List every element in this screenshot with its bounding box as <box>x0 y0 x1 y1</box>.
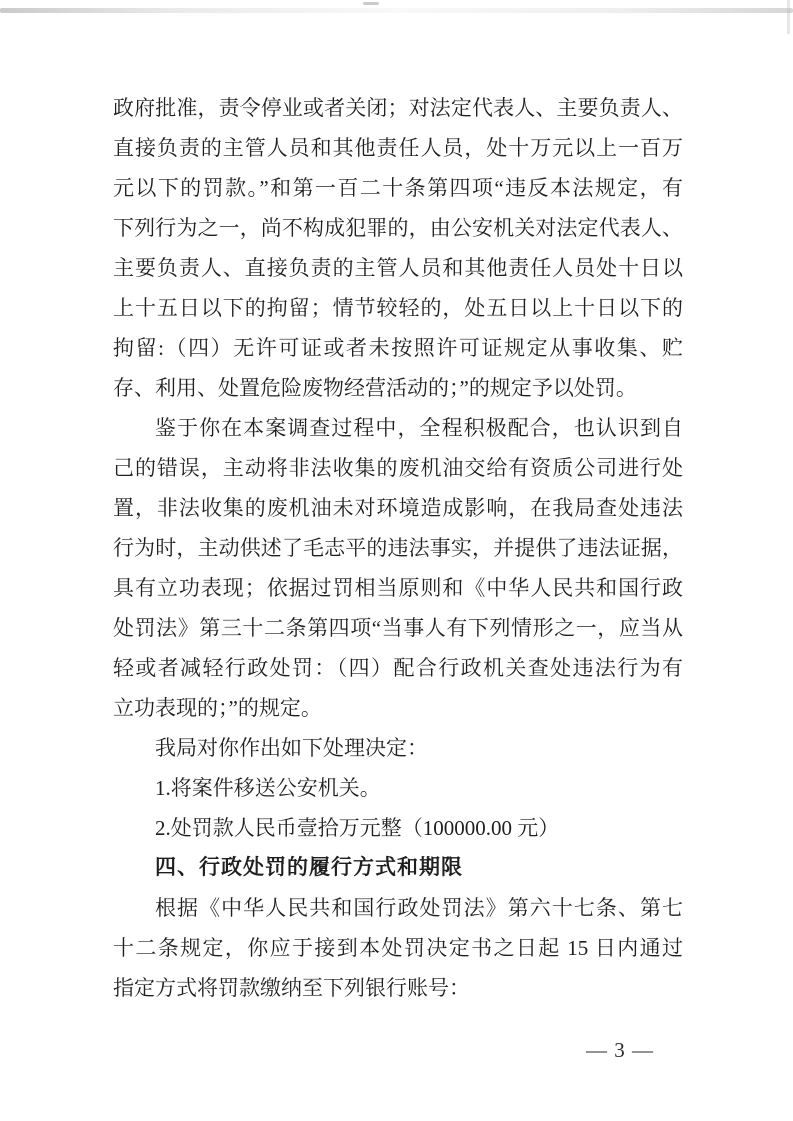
section-heading-4: 四、行政处罚的履行方式和期限 <box>113 848 683 888</box>
mitigation-text-line: 轻或者减轻行政处罚：（四）配合行政机关查处违法行为有 <box>113 648 683 688</box>
mitigation-text-line: 立功表现的；”的规定。 <box>113 688 683 728</box>
mitigation-text-line: 处罚法》第三十二条第四项“当事人有下列情形之一，应当从 <box>113 608 683 648</box>
legal-basis-text-line: 拘留:（四）无许可证或者未按照许可证规定从事收集、贮 <box>113 328 683 368</box>
decision-intro-line: 我局对你作出如下处理决定： <box>113 728 683 768</box>
legal-basis-text-line: 主要负责人、直接负责的主管人员和其他责任人员处十日以 <box>113 248 683 288</box>
page-number: — 3 — <box>586 1036 676 1064</box>
decision-item-2: 2.处罚款人民币壹拾万元整（100000.00 元） <box>113 808 683 848</box>
payment-instruction-line: 十二条规定，你应于接到本处罚决定书之日起 15 日内通过 <box>113 928 683 968</box>
mitigation-text-line: 具有立功表现；依据过罚相当原则和《中华人民共和国行政 <box>113 568 683 608</box>
scan-edge-artifact <box>0 8 793 13</box>
decision-item-1: 1.将案件移送公安机关。 <box>113 768 683 808</box>
payment-instruction-line: 指定方式将罚款缴纳至下列银行账号： <box>113 968 683 1008</box>
legal-basis-text-line: 元以下的罚款。”和第一百二十条第四项“违反本法规定，有 <box>113 168 683 208</box>
scan-corner-artifact <box>787 0 790 34</box>
scan-smudge-mark <box>363 2 379 5</box>
document-page: 政府批准，责令停业或者关闭；对法定代表人、主要负责人、 直接负责的主管人员和其他… <box>0 0 793 1121</box>
legal-basis-text-line: 政府批准，责令停业或者关闭；对法定代表人、主要负责人、 <box>113 88 683 128</box>
legal-basis-text-line: 直接负责的主管人员和其他责任人员，处十万元以上一百万 <box>113 128 683 168</box>
legal-basis-text-line: 下列行为之一，尚不构成犯罪的，由公安机关对法定代表人、 <box>113 208 683 248</box>
mitigation-text-line: 置，非法收集的废机油未对环境造成影响，在我局查处违法 <box>113 488 683 528</box>
payment-instruction-line: 根据《中华人民共和国行政处罚法》第六十七条、第七 <box>113 888 683 928</box>
mitigation-text-line: 鉴于你在本案调查过程中，全程积极配合，也认识到自 <box>113 408 683 448</box>
mitigation-text-line: 己的错误，主动将非法收集的废机油交给有资质公司进行处 <box>113 448 683 488</box>
document-body: 政府批准，责令停业或者关闭；对法定代表人、主要负责人、 直接负责的主管人员和其他… <box>113 88 683 1008</box>
legal-basis-text-line: 存、利用、处置危险废物经营活动的；”的规定予以处罚。 <box>113 368 683 408</box>
legal-basis-text-line: 上十五日以下的拘留；情节较轻的，处五日以上十日以下的 <box>113 288 683 328</box>
mitigation-text-line: 行为时，主动供述了毛志平的违法事实，并提供了违法证据， <box>113 528 683 568</box>
